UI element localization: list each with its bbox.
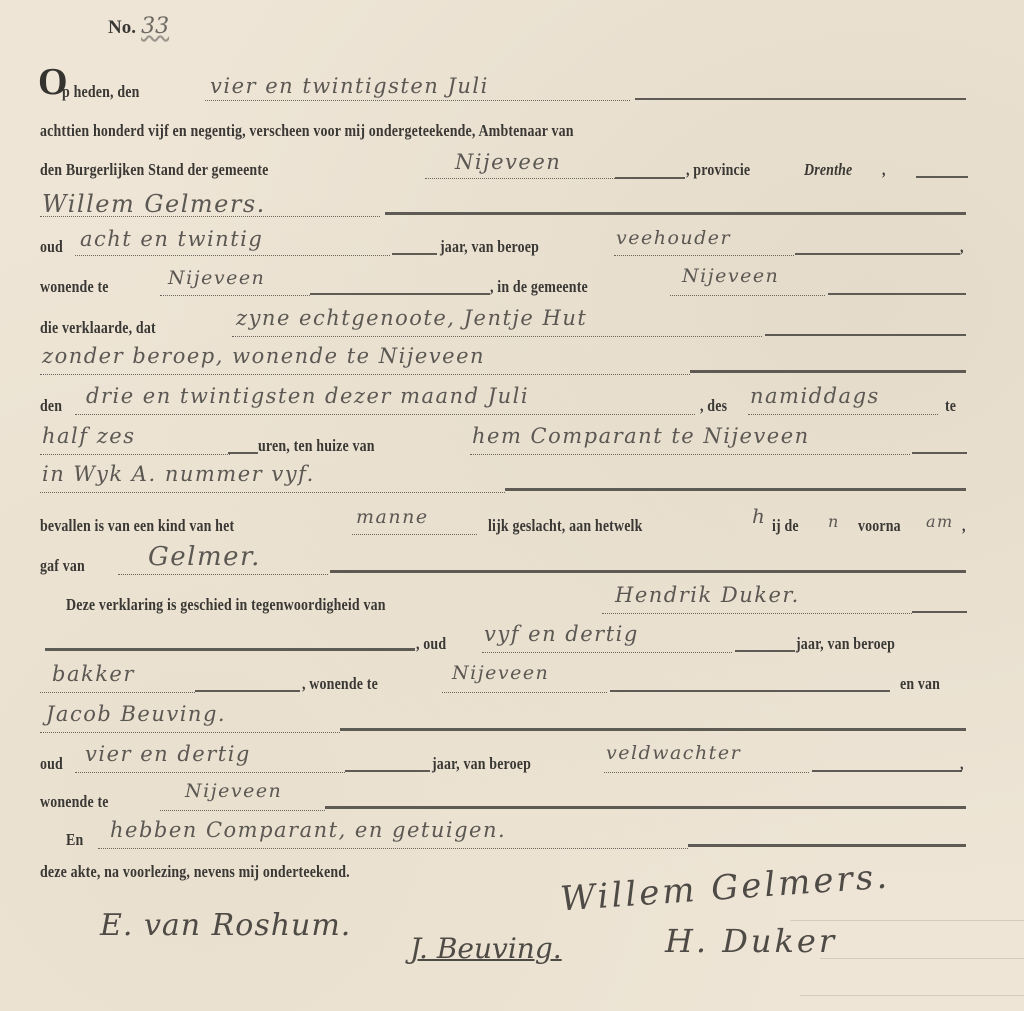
handwritten-time-of-day: namiddags [750,384,880,408]
dotted-leader [118,574,328,575]
printed-text: , [960,754,964,774]
fill-rule [912,611,967,613]
fill-rule [505,488,966,491]
signature-witness-1: H. Duker [665,922,837,960]
doc-line-10: half zes uren, ten huize van hem Compara… [0,430,1024,464]
fill-rule [345,770,430,772]
doc-line-13: gaf van Gelmer. [0,550,1024,584]
printed-text: , provincie [686,160,750,180]
printed-text: , [962,516,966,536]
fill-rule [340,728,966,731]
record-number: No. 33 [108,14,169,39]
handwritten-letter: am [926,512,954,531]
printed-text: , [960,237,964,257]
doc-line-2: achttien honderd vijf en negentig, versc… [0,117,1024,151]
fill-rule [688,844,966,847]
fill-rule [385,212,966,215]
handwritten-spouse: zyne echtgenoote, Jentje Hut [236,306,587,330]
dotted-leader [614,255,794,256]
dotted-leader [470,454,910,455]
printed-text: jaar, van beroep [440,237,539,257]
printed-text: , [882,160,886,180]
fill-rule [45,648,415,651]
handwritten-witness-1-residence: Nijeveen [452,662,549,684]
doc-line-19: wonende te Nijeveen [0,786,1024,820]
printed-text: oud [40,237,63,257]
printed-text: , wonende te [302,674,378,694]
dotted-leader [670,295,825,296]
printed-text: uren, ten huize van [258,436,375,456]
printed-text: , in de gemeente [490,277,588,297]
doc-line-20: En hebben Comparant, en getuigen. [0,824,1024,858]
doc-line-11: in Wyk A. nummer vyf. [0,468,1024,502]
dotted-leader [232,336,762,337]
printed-text: den Burgerlijken Stand der gemeente [40,160,269,180]
record-number-value: 33 [141,14,169,39]
printed-text: ij de [772,516,799,536]
handwritten-address: in Wyk A. nummer vyf. [42,462,315,486]
printed-text: p heden, den [62,82,140,102]
dotted-leader [98,848,688,849]
printed-text: lijk geslacht, aan hetwelk [488,516,643,536]
dotted-leader [602,613,912,614]
doc-line-6: wonende te Nijeveen , in de gemeente Nij… [0,271,1024,305]
handwritten-hour: half zes [42,424,135,448]
doc-line-14: Deze verklaring is geschied in tegenwoor… [0,589,1024,623]
handwritten-witness-1-age: vyf en dertig [484,622,639,646]
printed-text: te [945,396,956,416]
handwritten-date: vier en twintigsten Juli [210,74,489,98]
printed-text: jaar, van beroep [432,754,531,774]
printed-text: jaar, van beroep [796,634,895,654]
handwritten-witness-2-age: vier en dertig [85,742,251,766]
handwritten-municipality: Nijeveen [682,265,779,287]
fill-rule [615,177,685,179]
printed-text: die verklaarde, dat [40,318,156,338]
fill-rule [635,98,966,100]
handwritten-sex: manne [356,506,429,528]
fill-rule [690,370,966,373]
handwritten-birth-place: hem Comparant te Nijeveen [472,424,810,448]
dotted-leader [40,492,505,493]
handwritten-given-name: Gelmer. [148,542,261,572]
handwritten-birth-date: drie en twintigsten dezer maand Juli [86,384,529,408]
dotted-leader [160,295,310,296]
signature-witness-2: J. Beuving. [410,932,562,965]
bleed-through-line [790,920,1024,921]
handwritten-age: acht en twintig [80,227,263,251]
handwritten-occupation: veehouder [616,227,731,249]
fill-rule [610,690,890,692]
handwritten-declarant-name: Willem Gelmers. [42,190,266,218]
printed-text: Deze verklaring is geschied in tegenwoor… [66,595,386,615]
record-number-label: No. [108,17,136,38]
bleed-through-line [820,958,1024,959]
printed-text: bevallen is van een kind van het [40,516,234,536]
dotted-leader [40,374,690,375]
dotted-leader [205,100,630,101]
dotted-leader [75,772,345,773]
handwritten-residence: Nijeveen [168,267,265,289]
printed-text: wonende te [40,277,109,297]
doc-line-4: Willem Gelmers. [0,190,1024,224]
fill-rule [735,650,795,652]
printed-text: oud [40,754,63,774]
fill-rule [912,452,967,454]
handwritten-witness-1: Hendrik Duker. [615,583,800,607]
dotted-leader [482,652,732,653]
handwritten-spouse-details: zonder beroep, wonende te Nijeveen [42,344,485,368]
doc-line-18: oud vier en dertig jaar, van beroep veld… [0,748,1024,782]
dotted-leader [425,178,615,179]
province-name: Drenthe [804,160,852,180]
dotted-leader [748,414,938,415]
doc-line-17: Jacob Beuving. [0,708,1024,742]
fill-rule [228,452,258,454]
doc-line-5: oud acht en twintig jaar, van beroep vee… [0,231,1024,265]
dotted-leader [40,692,195,693]
doc-line-9: den drie en twintigsten dezer maand Juli… [0,390,1024,424]
doc-line-15: , oud vyf en dertig jaar, van beroep [0,628,1024,662]
dotted-leader [40,732,340,733]
printed-text: den [40,396,62,416]
handwritten-letter: h [752,504,766,528]
doc-line-1: O p heden, den vier en twintigsten Juli [0,72,1024,106]
printed-text: deze akte, na voorlezing, nevens mij ond… [40,862,350,882]
fill-rule [795,253,960,255]
fill-rule [195,690,300,692]
fill-rule [916,176,968,178]
dotted-leader [75,414,695,415]
doc-line-3: den Burgerlijken Stand der gemeente Nije… [0,156,1024,190]
dotted-leader [40,454,230,455]
fill-rule [828,293,966,295]
printed-text: gaf van [40,556,85,576]
printed-text: , des [700,396,727,416]
fill-rule [812,770,962,772]
printed-text: en van [900,674,940,694]
fill-rule [392,253,437,255]
doc-line-16: bakker , wonende te Nijeveen en van [0,668,1024,702]
dotted-leader [442,692,607,693]
fill-rule [765,334,966,336]
fill-rule [330,570,966,573]
fill-rule [325,806,966,809]
dotted-leader [352,534,477,535]
fill-rule [310,293,490,295]
printed-text: achttien honderd vijf en negentig, versc… [40,121,574,141]
dotted-leader [160,810,325,811]
handwritten-municipality: Nijeveen [455,150,561,174]
printed-text: , oud [416,634,446,654]
printed-text: En [66,830,83,850]
handwritten-witness-2: Jacob Beuving. [46,702,226,726]
printed-text: wonende te [40,792,109,812]
doc-line-12: bevallen is van een kind van het manne l… [0,510,1024,544]
handwritten-closing: hebben Comparant, en getuigen. [110,818,506,842]
handwritten-witness-2-residence: Nijeveen [185,780,282,802]
handwritten-witness-1-occupation: bakker [52,662,135,686]
signature-registrar: E. van Roshum. [100,908,351,943]
handwritten-witness-2-occupation: veldwachter [606,742,741,764]
bleed-through-line [800,995,1024,996]
doc-line-8: zonder beroep, wonende te Nijeveen [0,350,1024,384]
printed-text: voorna [858,516,901,536]
dotted-leader [75,255,390,256]
dotted-leader [604,772,809,773]
doc-line-7: die verklaarde, dat zyne echtgenoote, Je… [0,312,1024,346]
handwritten-letter: n [828,512,840,531]
